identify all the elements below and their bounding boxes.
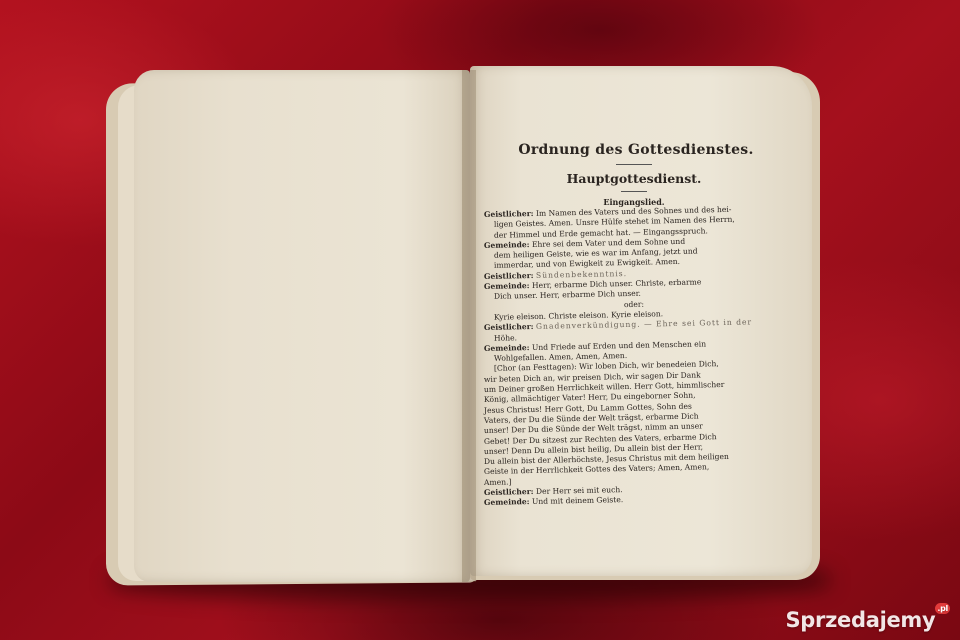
page-title: Ordnung des Gottesdienstes. bbox=[488, 142, 784, 158]
page-subtitle: Hauptgottesdienst. bbox=[484, 171, 784, 186]
right-page-text: Ordnung des Gottesdienstes. Hauptgottesd… bbox=[484, 142, 784, 509]
open-book: Ordnung des Gottesdienstes. Hauptgottesd… bbox=[0, 0, 960, 640]
divider bbox=[616, 164, 652, 165]
book-gutter bbox=[462, 70, 476, 582]
left-page-blank bbox=[134, 70, 470, 582]
watermark-logo: Sprzedajemy.pl bbox=[785, 608, 950, 632]
divider bbox=[621, 191, 647, 192]
